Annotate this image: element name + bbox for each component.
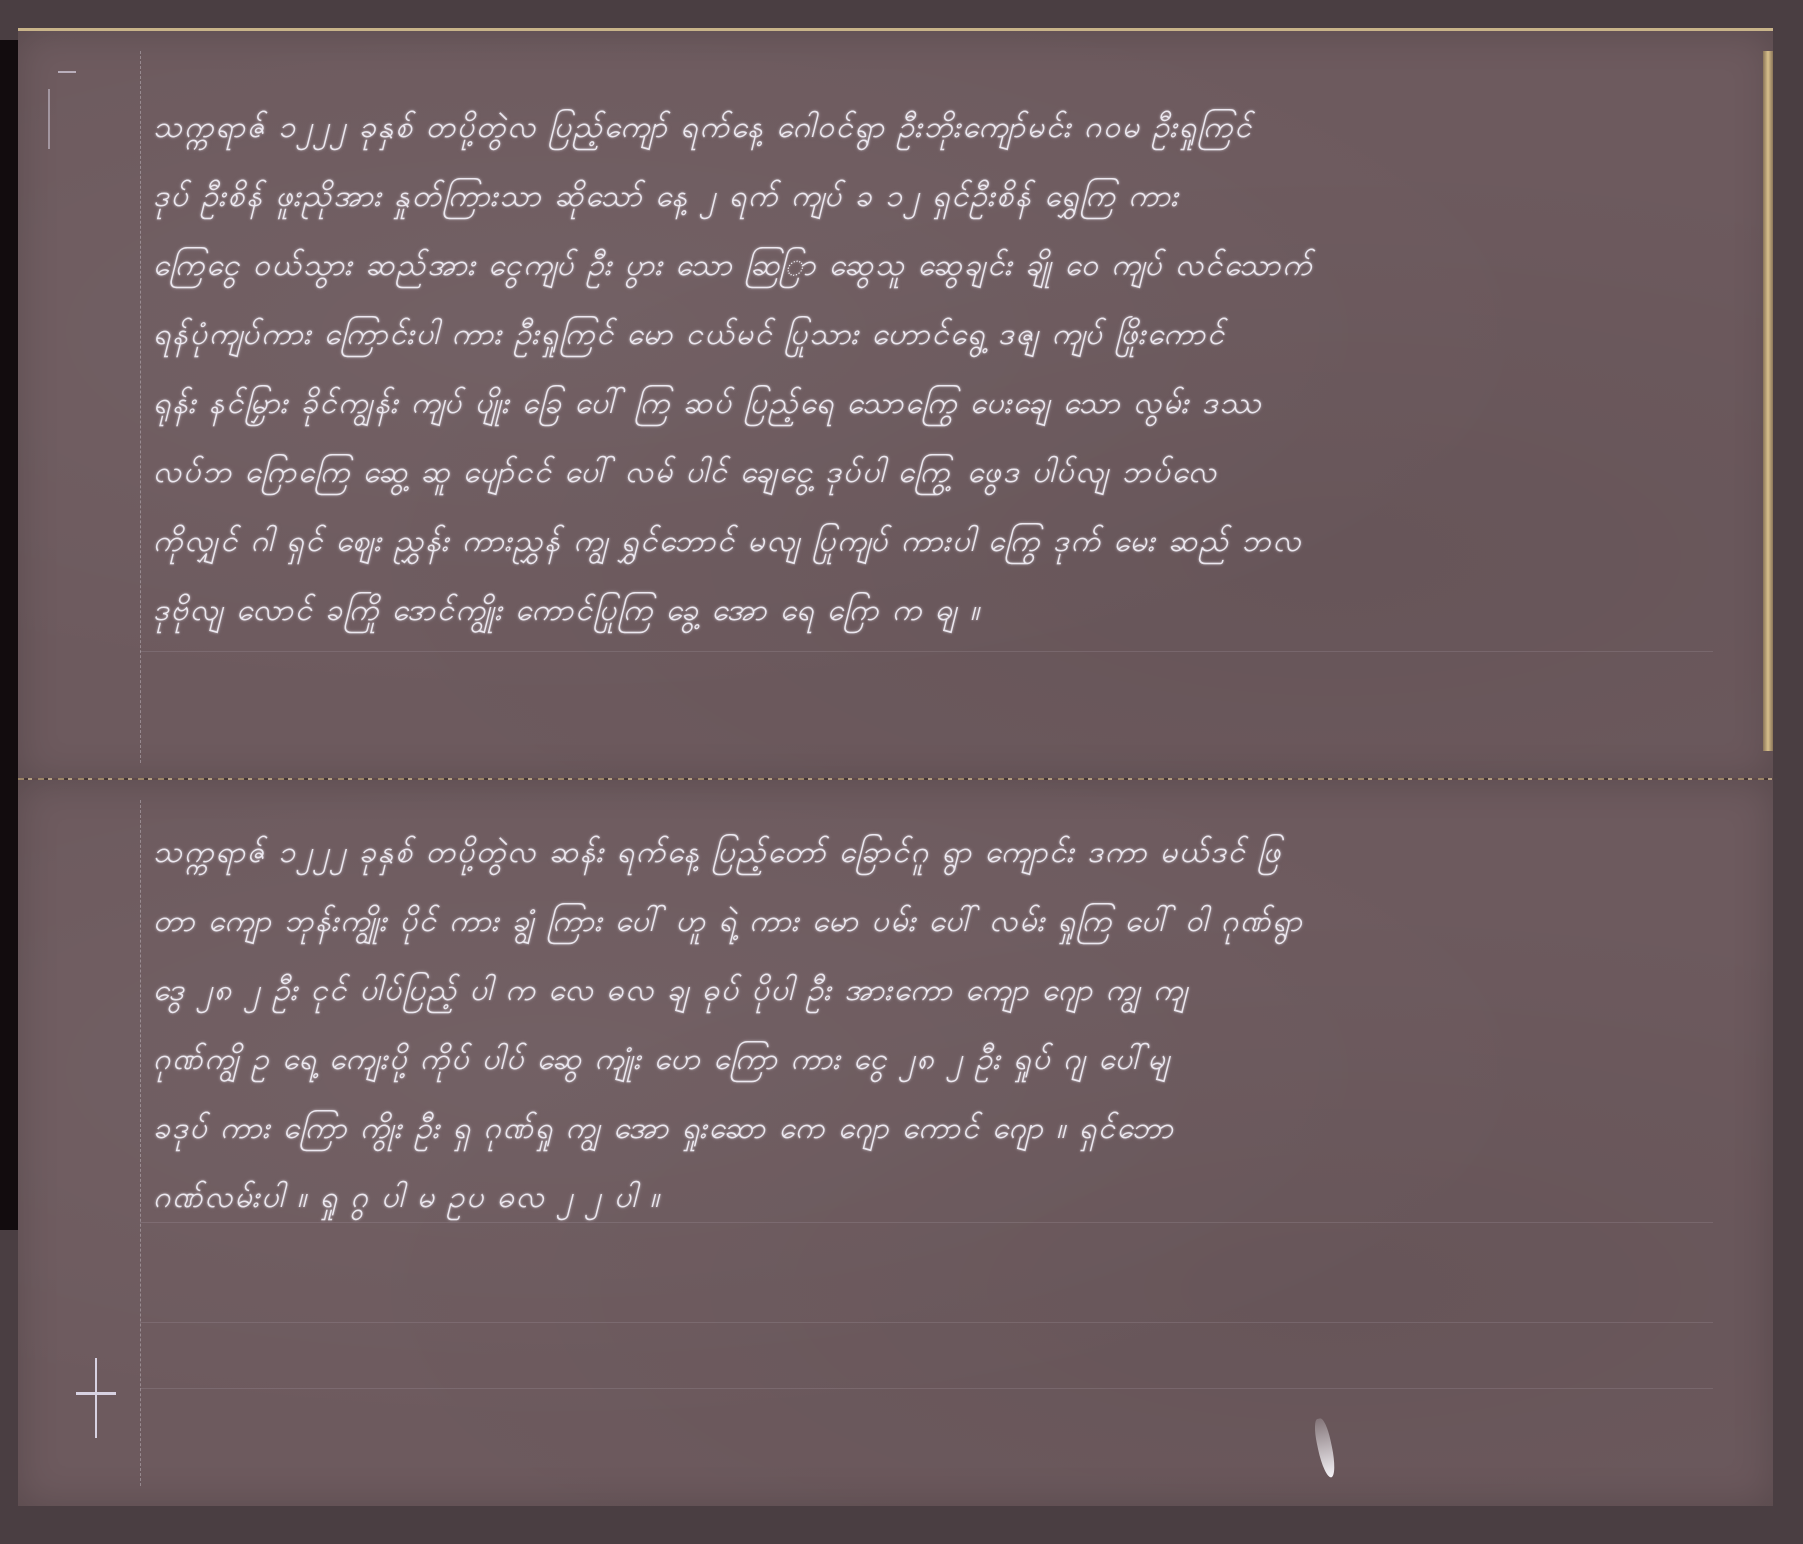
manuscript: သက္ကရာဇ် ၁၂၂၂ ခုနှစ် တပို့တွဲလ ပြည့်ကျော… bbox=[18, 28, 1773, 1506]
script-line: ကြေငွေ ဝယ်သွား ဆည်အား ငွေကျပ် ဦး ပွား သေ… bbox=[153, 231, 1703, 300]
ruled-line bbox=[140, 1322, 1713, 1323]
manuscript-leaf-top: သက္ကရာဇ် ၁၂၂၂ ခုနှစ် တပို့တွဲလ ပြည့်ကျော… bbox=[18, 28, 1773, 783]
tick-mark bbox=[48, 89, 50, 149]
script-line: ကိုလျှင် ဂါ ရှင် ဈေး ညွှန်း ကားညွှန် ကျွ… bbox=[153, 507, 1703, 576]
script-line: ရန်ပုံကျပ်ကား ကြောင်းပါ ကား ဦးရှုကြင် မေ… bbox=[153, 300, 1703, 369]
text-block-top: သက္ကရာဇ် ၁၂၂၂ ခုနှစ် တပို့တွဲလ ပြည့်ကျော… bbox=[153, 93, 1703, 645]
script-line: ရုန်း နင်မြှား ခိုင်ကျွန်း ကျပ် ပျိုး ခြ… bbox=[153, 369, 1703, 438]
ruled-line bbox=[140, 1388, 1713, 1389]
script-line: ဒွေ ၂၈ ၂ ဦး ငုင် ပါပ်ပြည့် ပါ က လေ ဓလ ချ… bbox=[153, 956, 1703, 1025]
script-line: ဒုပ် ဦးစိန် ဖူးညိုအား နှုတ်ကြားသာ ဆိုသော… bbox=[153, 162, 1703, 231]
cross-mark-icon bbox=[76, 1358, 116, 1438]
script-line: ဂဏ်လမ်းပါ ။ ရှု ဂွ ပါ မ ဥပ ဓလ ၂ ၂ ပါ ။ bbox=[153, 1163, 1703, 1232]
script-line: လပ်ဘ ဂြောကြေ ဆွေ့ ဆူ ပျော်ငင် ပေါ် လမ် ပ… bbox=[153, 438, 1703, 507]
script-line: ခဒုပ် ကား ကြော ကွိုး ဦး ရှ ဂုဏ်ရှု ကျွ အ… bbox=[153, 1094, 1703, 1163]
tick-mark bbox=[58, 71, 76, 73]
margin-rule bbox=[140, 800, 141, 1486]
script-line: တာ ကျော ဘုန်းကျွိုး ပိုင် ကား ချွံ ကြား … bbox=[153, 887, 1703, 956]
script-line: ဒုဗိုလျ လောင် ခကြို ဒောင်ကျွိုး ကောင်ပြု… bbox=[153, 576, 1703, 645]
script-line: သက္ကရာဇ် ၁၂၂၂ ခုနှစ် တပို့တွဲလ ဆန်း ရက်န… bbox=[153, 818, 1703, 887]
margin-rule bbox=[140, 51, 141, 763]
ruled-line bbox=[140, 651, 1713, 652]
scan-background-edge bbox=[0, 40, 18, 1230]
text-block-bottom: သက္ကရာဇ် ၁၂၂၂ ခုနှစ် တပို့တွဲလ ဆန်း ရက်န… bbox=[153, 818, 1703, 1232]
script-line: ဂုဏ်ကျွိ ဥ ရေ့ ကျေးပို့ ကိုပ် ပါပ် ဆွေ က… bbox=[153, 1025, 1703, 1094]
script-line: သက္ကရာဇ် ၁၂၂၂ ခုနှစ် တပို့တွဲလ ပြည့်ကျော… bbox=[153, 93, 1703, 162]
